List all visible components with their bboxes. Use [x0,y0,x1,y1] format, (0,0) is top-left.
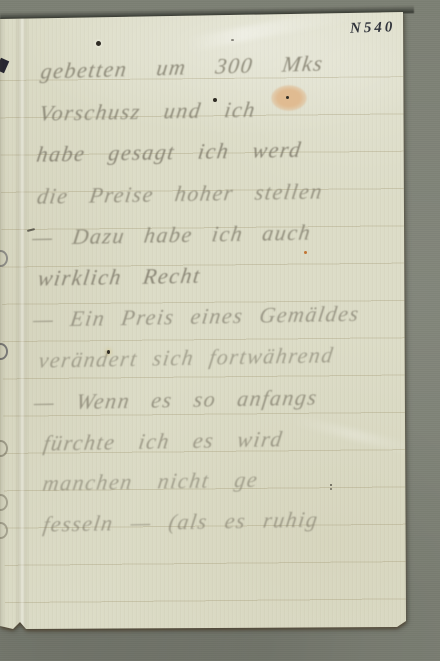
paper-edge-shading [0,0,440,661]
paper-sheet: N540 gebetten um 300 MksVorschusz und ic… [0,0,440,661]
manuscript-page: N540 gebetten um 300 MksVorschusz und ic… [0,0,440,661]
scanned-manuscript: N540 gebetten um 300 MksVorschusz und ic… [0,0,440,661]
